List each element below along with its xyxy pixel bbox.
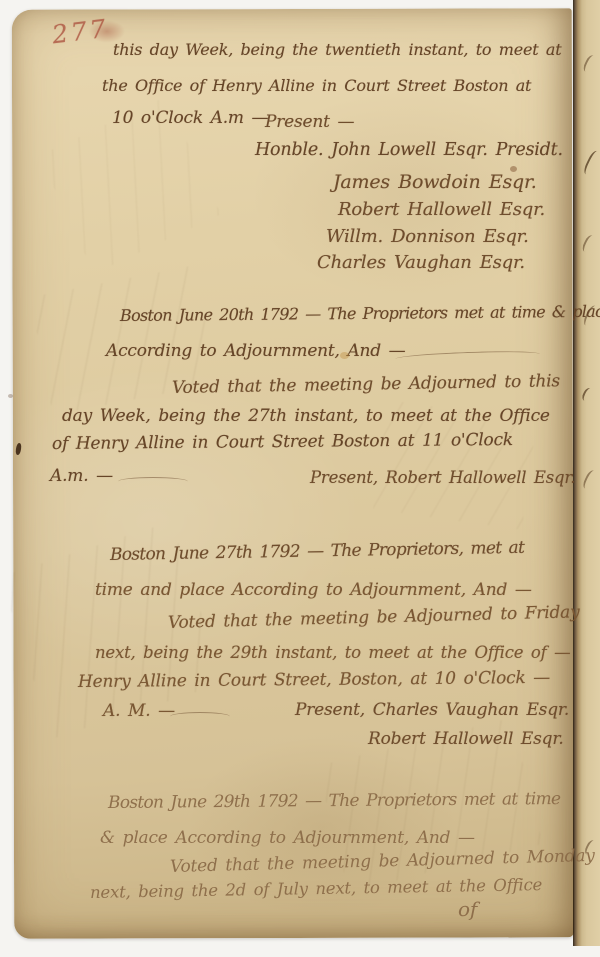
manuscript-line: & place According to Adjournment, And — (100, 828, 475, 848)
manuscript-line: this day Week, being the twentieth insta… (113, 40, 561, 59)
manuscript-line: Voted that the meeting be Adjourned to F… (168, 602, 580, 633)
manuscript-line: day Week, being the 27th instant, to mee… (62, 406, 550, 426)
manuscript-line: Voted that the meeting be Adjourned to t… (172, 371, 560, 398)
pen-flourish (118, 477, 188, 486)
manuscript-line attendee: Robert Hallowell Esqr. (338, 199, 545, 220)
manuscript-line entry-heading: Boston June 29th 1792 — The Proprietors … (108, 789, 561, 813)
fox-spot (8, 394, 13, 398)
manuscript-line attendee: Willm. Donnison Esqr. (326, 226, 529, 247)
manuscript-line: of Henry Alline in Court Street Boston a… (52, 430, 513, 454)
manuscript-line: Present — (265, 112, 354, 132)
manuscript-line: A.m. — (50, 466, 113, 486)
pen-flourish (395, 349, 540, 363)
manuscript-line: 10 o'Clock A.m — (112, 108, 268, 128)
manuscript-line attendee: James Bowdoin Esqr. (333, 171, 537, 193)
manuscript-line entry-heading: Boston June 27th 1792 — The Proprietors,… (110, 538, 524, 565)
page-number: 277 (50, 14, 110, 50)
pen-flourish (170, 712, 230, 721)
manuscript-line: Voted that the meeting be Adjourned to M… (170, 846, 595, 877)
manuscript-line: the Office of Henry Alline in Court Stre… (102, 76, 531, 95)
fox-spot (510, 166, 517, 172)
ink-blot (15, 443, 22, 456)
manuscript-line: Robert Hallowell Esqr. (368, 729, 564, 749)
manuscript-line: Present, Robert Hallowell Esqr. (310, 468, 575, 487)
manuscript-scan: 277 this day Week, being the twentieth i… (0, 0, 600, 957)
manuscript-line: time and place According to Adjournment,… (95, 580, 532, 600)
catchword: of (458, 897, 477, 921)
manuscript-line: next, being the 29th instant, to meet at… (95, 643, 570, 662)
manuscript-line: Henry Alline in Court Street, Boston, at… (78, 668, 550, 692)
text-layer: 277 this day Week, being the twentieth i… (0, 0, 600, 957)
manuscript-line: A. M. — (103, 701, 175, 721)
manuscript-line attendee: Honble. John Lowell Esqr. Presidt. (255, 140, 563, 160)
manuscript-line entry-heading: Boston June 20th 1792 — The Proprietors … (120, 302, 600, 325)
manuscript-line: Present, Charles Vaughan Esqr. (295, 700, 569, 720)
manuscript-line: According to Adjournment, And — (106, 341, 405, 361)
fox-spot (340, 352, 349, 359)
manuscript-line attendee: Charles Vaughan Esqr. (317, 252, 525, 273)
